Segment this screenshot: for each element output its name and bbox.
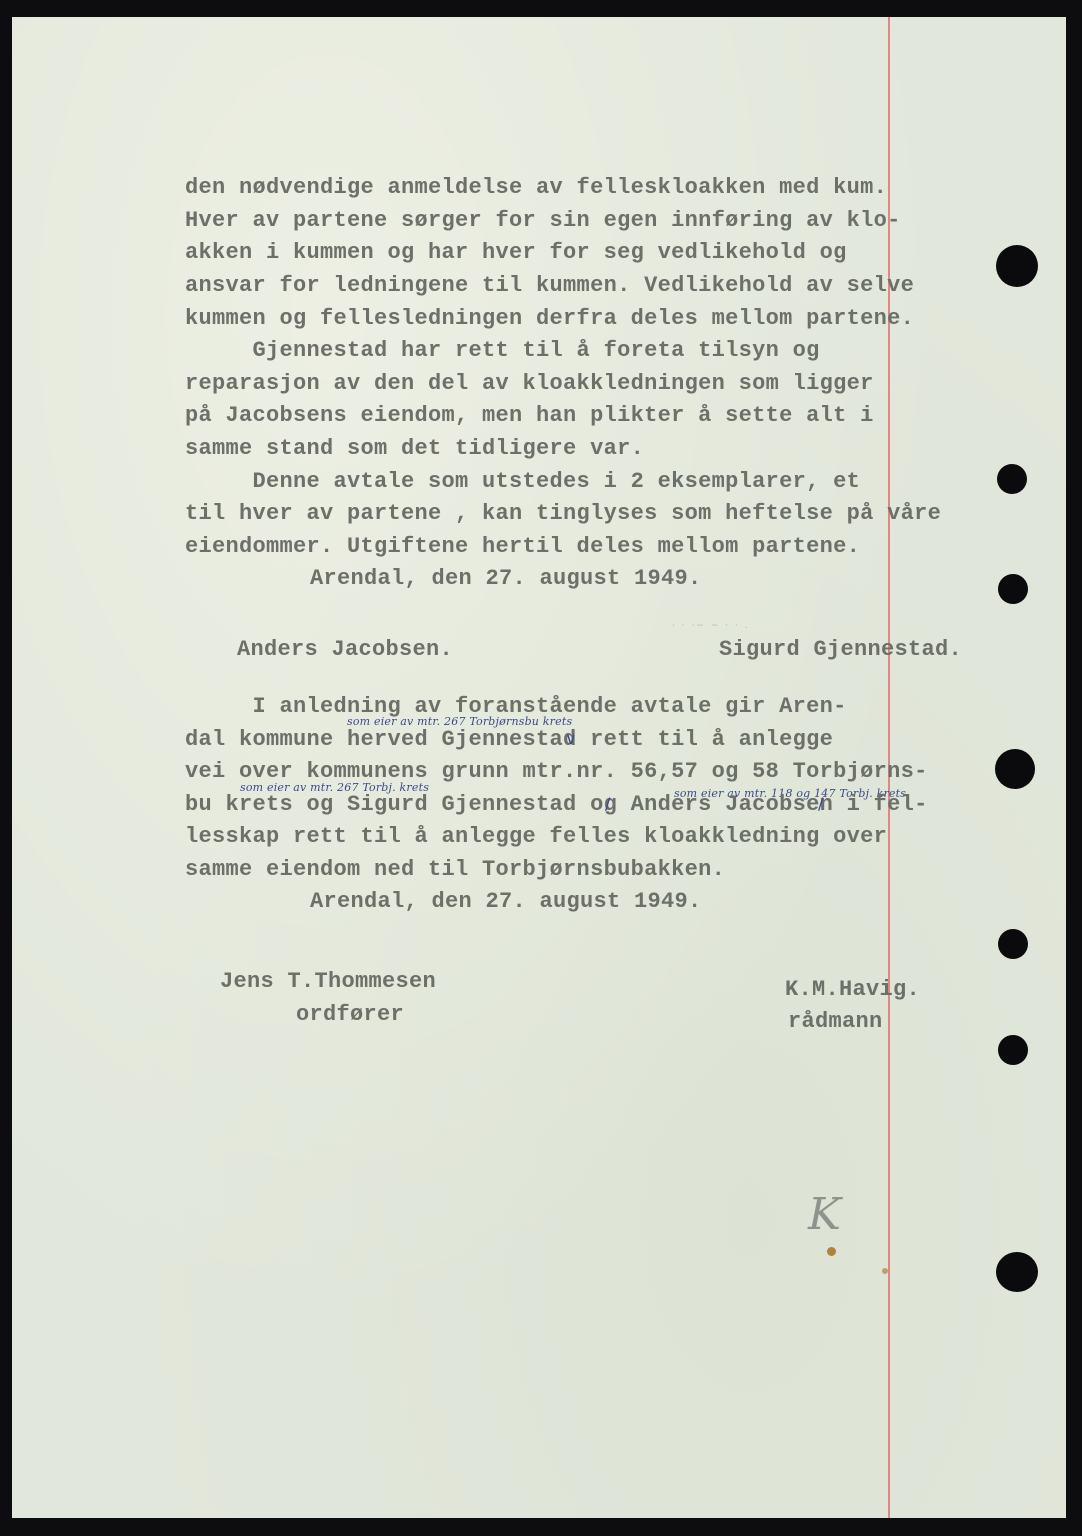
text-line: Gjennestad har rett til å foreta tilsyn …: [185, 338, 820, 364]
punch-hole: [998, 929, 1028, 959]
handwritten-initials: K: [808, 1189, 841, 1240]
text-line: ansvar for ledningene til kummen. Vedlik…: [185, 273, 914, 299]
insertion-caret: /: [818, 794, 823, 813]
text-line: samme stand som det tidligere var.: [185, 436, 644, 462]
date-line: Arendal, den 27. august 1949.: [310, 566, 702, 592]
text-line: Denne avtale som utstedes i 2 eksemplare…: [185, 469, 860, 495]
text-line: bu krets og Sigurd Gjennestad og Anders …: [185, 792, 928, 818]
text-line: akken i kummen og har hver for seg vedli…: [185, 240, 847, 266]
punch-hole: [996, 1252, 1038, 1292]
text-line: på Jacobsens eiendom, men han plikter å …: [185, 403, 874, 429]
punch-hole: [995, 749, 1035, 789]
punch-hole: [998, 1035, 1028, 1065]
text-line: eiendommer. Utgiftene hertil deles mello…: [185, 534, 860, 560]
text-line: reparasjon av den del av kloakkledningen…: [185, 371, 874, 397]
insertion-caret: /: [605, 794, 610, 813]
insertion-caret: ∨: [565, 729, 577, 748]
punch-hole: [997, 464, 1027, 494]
text-line: den nødvendige anmeldelse av felleskloak…: [185, 175, 887, 201]
document-page: den nødvendige anmeldelse av felleskloak…: [12, 17, 1066, 1518]
ink-spot: [882, 1268, 888, 1274]
faint-signature-mark: · · ·~ ~ · · .: [672, 621, 749, 631]
date-line: Arendal, den 27. august 1949.: [310, 889, 702, 915]
punch-hole: [998, 574, 1028, 604]
text-line: til hver av partene , kan tinglyses som …: [185, 501, 941, 527]
signature-title-mayor: ordfører: [296, 1002, 404, 1028]
signature-title-councilman: rådmann: [788, 1009, 883, 1035]
text-line: lesskap rett til å anlegge felles kloakk…: [185, 824, 887, 850]
ink-spot: [827, 1247, 836, 1256]
text-line: samme eiendom ned til Torbjørnsbubakken.: [185, 857, 725, 883]
text-line: dal kommune herved Gjennestad rett til å…: [185, 727, 833, 753]
punch-hole: [996, 245, 1038, 287]
signature-sigurd-gjennestad: Sigurd Gjennestad.: [719, 637, 962, 663]
text-line: Hver av partene sørger for sin egen innf…: [185, 208, 901, 234]
signature-anders-jacobsen: Anders Jacobsen.: [237, 637, 453, 663]
text-line: kummen og fellesledningen derfra deles m…: [185, 306, 914, 332]
signature-name-mayor: Jens T.Thommesen: [220, 969, 436, 995]
signature-name-councilman: K.M.Havig.: [785, 977, 920, 1003]
